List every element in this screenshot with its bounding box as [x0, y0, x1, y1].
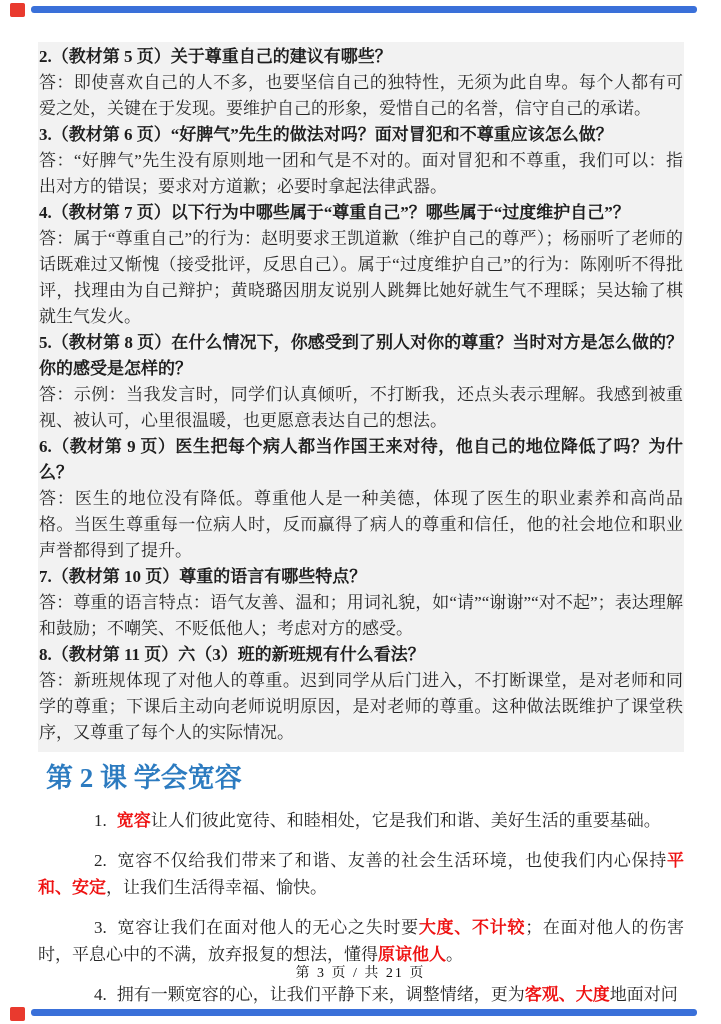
answer-paragraph: 答：尊重的语言特点：语气友善、温和；用词礼貌，如“请”“谢谢”“对不起”；表达理… [39, 590, 683, 642]
bottom-blue-divider [31, 1009, 697, 1016]
point-number: 4. [94, 985, 107, 1004]
page-footer: 第 3 页 / 共 21 页 [0, 962, 721, 982]
highlighted-keyword: 大度、不计较 [419, 918, 525, 937]
question-paragraph: 3.（教材第 6 页）“好脾气”先生的做法对吗？面对冒犯和不尊重应该怎么做？ [39, 122, 683, 148]
bottom-red-marker-icon [10, 1007, 25, 1021]
point-text: 宽容让我们在面对他人的无心之失时要大度、不计较；在面对他人的伤害时，平息心中的不… [38, 918, 684, 964]
question-paragraph: 6.（教材第 9 页）医生把每个病人都当作国王来对待，他自己的地位降低了吗？为什… [39, 434, 683, 486]
point-text: 拥有一颗宽容的心，让我们平静下来，调整情绪，更为客观、大度地面对问 [117, 985, 678, 1004]
question-paragraph: 2.（教材第 5 页）关于尊重自己的建议有哪些？ [39, 44, 683, 70]
lesson-2-title: 第 2 课 学会宽容 [46, 762, 684, 794]
answer-paragraph: 答：示例：当我发言时，同学们认真倾听，不打断我，还点头表示理解。我感到被重视、被… [39, 382, 683, 434]
answer-paragraph: 答：医生的地位没有降低。尊重他人是一种美德，体现了医生的职业素养和高尚品格。当医… [39, 486, 683, 564]
answer-paragraph: 答：属于“尊重自己”的行为：赵明要求王凯道歉（维护自己的尊严）；杨丽听了老师的话… [39, 226, 683, 330]
qa-section: 2.（教材第 5 页）关于尊重自己的建议有哪些？ 答：即使喜欢自己的人不多，也要… [38, 42, 684, 752]
answer-paragraph: 答：新班规体现了对他人的尊重。迟到同学从后门进入，不打断课堂，是对老师和同学的尊… [39, 668, 683, 746]
lesson-point-paragraph: 4.拥有一颗宽容的心，让我们平静下来，调整情绪，更为客观、大度地面对问 [38, 981, 684, 1008]
point-number: 1. [94, 811, 107, 830]
highlighted-keyword: 宽容 [117, 811, 151, 830]
top-red-marker-icon [10, 3, 25, 17]
lesson-point-paragraph: 1.宽容让人们彼此宽待、和睦相处，它是我们和谐、美好生活的重要基础。 [38, 807, 684, 834]
page-content: 2.（教材第 5 页）关于尊重自己的建议有哪些？ 答：即使喜欢自己的人不多，也要… [38, 42, 684, 1008]
question-paragraph: 7.（教材第 10 页）尊重的语言有哪些特点？ [39, 564, 683, 590]
point-text: 宽容不仅给我们带来了和谐、友善的社会生活环境，也使我们内心保持平和、安定，让我们… [38, 851, 684, 897]
question-paragraph: 8.（教材第 11 页）六（3）班的新班规有什么看法？ [39, 642, 683, 668]
question-paragraph: 4.（教材第 7 页）以下行为中哪些属于“尊重自己”？哪些属于“过度维护自己”？ [39, 200, 683, 226]
lesson-point-paragraph: 3.宽容让我们在面对他人的无心之失时要大度、不计较；在面对他人的伤害时，平息心中… [38, 914, 684, 968]
answer-paragraph: 答：“好脾气”先生没有原则地一团和气是不对的。面对冒犯和不尊重，我们可以：指出对… [39, 148, 683, 200]
document-page: 2.（教材第 5 页）关于尊重自己的建议有哪些？ 答：即使喜欢自己的人不多，也要… [0, 0, 721, 1024]
highlighted-keyword: 客观、大度 [525, 985, 610, 1004]
lesson-point-paragraph: 2.宽容不仅给我们带来了和谐、友善的社会生活环境，也使我们内心保持平和、安定，让… [38, 847, 684, 901]
point-number: 2. [94, 851, 107, 870]
answer-paragraph: 答：即使喜欢自己的人不多，也要坚信自己的独特性，无须为此自卑。每个人都有可爱之处… [39, 70, 683, 122]
question-paragraph: 5.（教材第 8 页）在什么情况下，你感受到了别人对你的尊重？当时对方是怎么做的… [39, 330, 683, 382]
point-text: 宽容让人们彼此宽待、和睦相处，它是我们和谐、美好生活的重要基础。 [117, 811, 661, 830]
point-number: 3. [94, 918, 107, 937]
top-blue-divider [31, 6, 697, 13]
